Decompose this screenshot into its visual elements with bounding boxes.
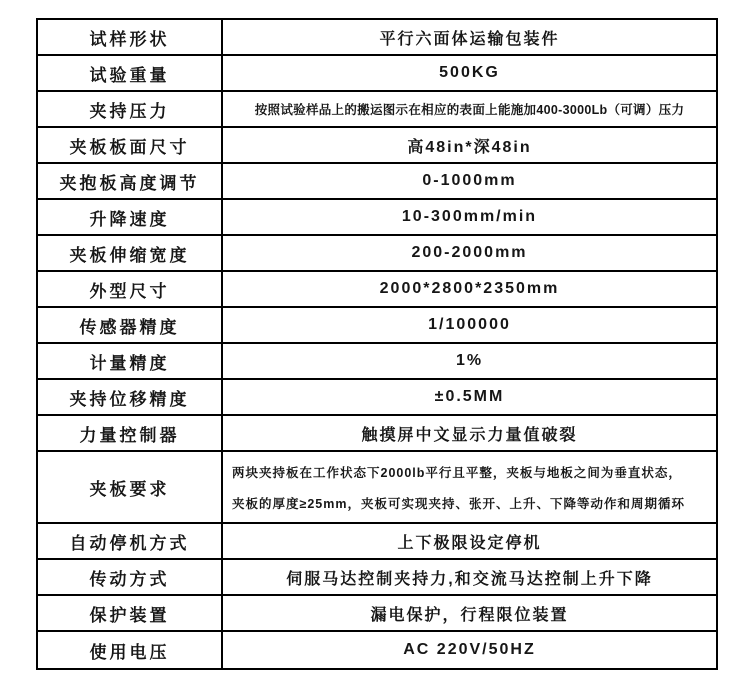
table-row: 传感器精度1/100000 xyxy=(38,308,716,344)
table-row: 外型尺寸2000*2800*2350mm xyxy=(38,272,716,308)
spec-value: 2000*2800*2350mm xyxy=(223,272,716,306)
spec-value: 10-300mm/min xyxy=(223,200,716,234)
table-row: 夹抱板高度调节0-1000mm xyxy=(38,164,716,200)
table-row: 夹板伸缩宽度200-2000mm xyxy=(38,236,716,272)
spec-value: 500KG xyxy=(223,56,716,90)
table-row: 自动停机方式上下极限设定停机 xyxy=(38,524,716,560)
table-row: 保护装置漏电保护，行程限位装置 xyxy=(38,596,716,632)
table-row: 夹板板面尺寸高48in*深48in xyxy=(38,128,716,164)
spec-value: 200-2000mm xyxy=(223,236,716,270)
spec-label: 夹持压力 xyxy=(38,92,223,126)
spec-label: 夹板伸缩宽度 xyxy=(38,236,223,270)
spec-label: 试验重量 xyxy=(38,56,223,90)
spec-value: 触摸屏中文显示力量值破裂 xyxy=(223,416,716,450)
spec-value: 两块夹持板在工作状态下2000lb平行且平整，夹板与地板之间为垂直状态，夹板的厚… xyxy=(223,452,716,522)
spec-label: 夹板要求 xyxy=(38,452,223,522)
table-row: 计量精度1% xyxy=(38,344,716,380)
spec-label: 计量精度 xyxy=(38,344,223,378)
spec-label: 试样形状 xyxy=(38,20,223,54)
spec-value: 1/100000 xyxy=(223,308,716,342)
spec-value: 上下极限设定停机 xyxy=(223,524,716,558)
spec-value: 伺服马达控制夹持力,和交流马达控制上升下降 xyxy=(223,560,716,594)
table-row: 试验重量500KG xyxy=(38,56,716,92)
spec-value: ±0.5MM xyxy=(223,380,716,414)
spec-label: 保护装置 xyxy=(38,596,223,630)
spec-label: 传动方式 xyxy=(38,560,223,594)
spec-label: 升降速度 xyxy=(38,200,223,234)
table-row: 力量控制器触摸屏中文显示力量值破裂 xyxy=(38,416,716,452)
spec-value: 平行六面体运输包装件 xyxy=(223,20,716,54)
spec-value: AC 220V/50HZ xyxy=(223,632,716,668)
table-row: 夹板要求两块夹持板在工作状态下2000lb平行且平整，夹板与地板之间为垂直状态，… xyxy=(38,452,716,524)
spec-value-line: 两块夹持板在工作状态下2000lb平行且平整，夹板与地板之间为垂直状态， xyxy=(232,463,682,481)
spec-label: 外型尺寸 xyxy=(38,272,223,306)
table-row: 试样形状平行六面体运输包装件 xyxy=(38,20,716,56)
spec-value: 高48in*深48in xyxy=(223,128,716,162)
spec-value: 漏电保护，行程限位装置 xyxy=(223,596,716,630)
spec-label: 夹抱板高度调节 xyxy=(38,164,223,198)
table-row: 传动方式伺服马达控制夹持力,和交流马达控制上升下降 xyxy=(38,560,716,596)
spec-label: 传感器精度 xyxy=(38,308,223,342)
table-row: 夹持压力按照试验样品上的搬运图示在相应的表面上能施加400-3000Lb（可调）… xyxy=(38,92,716,128)
spec-label: 自动停机方式 xyxy=(38,524,223,558)
spec-value: 0-1000mm xyxy=(223,164,716,198)
spec-label: 夹板板面尺寸 xyxy=(38,128,223,162)
spec-value: 按照试验样品上的搬运图示在相应的表面上能施加400-3000Lb（可调）压力 xyxy=(223,92,716,126)
table-row: 使用电压AC 220V/50HZ xyxy=(38,632,716,668)
table-row: 升降速度10-300mm/min xyxy=(38,200,716,236)
spec-label: 力量控制器 xyxy=(38,416,223,450)
spec-label: 使用电压 xyxy=(38,632,223,668)
spec-value-line: 夹板的厚度≥25mm，夹板可实现夹持、张开、上升、下降等动作和周期循环 xyxy=(232,494,685,512)
spec-value: 1% xyxy=(223,344,716,378)
spec-label: 夹持位移精度 xyxy=(38,380,223,414)
table-row: 夹持位移精度±0.5MM xyxy=(38,380,716,416)
spec-table: 试样形状平行六面体运输包装件试验重量500KG夹持压力按照试验样品上的搬运图示在… xyxy=(36,18,718,670)
